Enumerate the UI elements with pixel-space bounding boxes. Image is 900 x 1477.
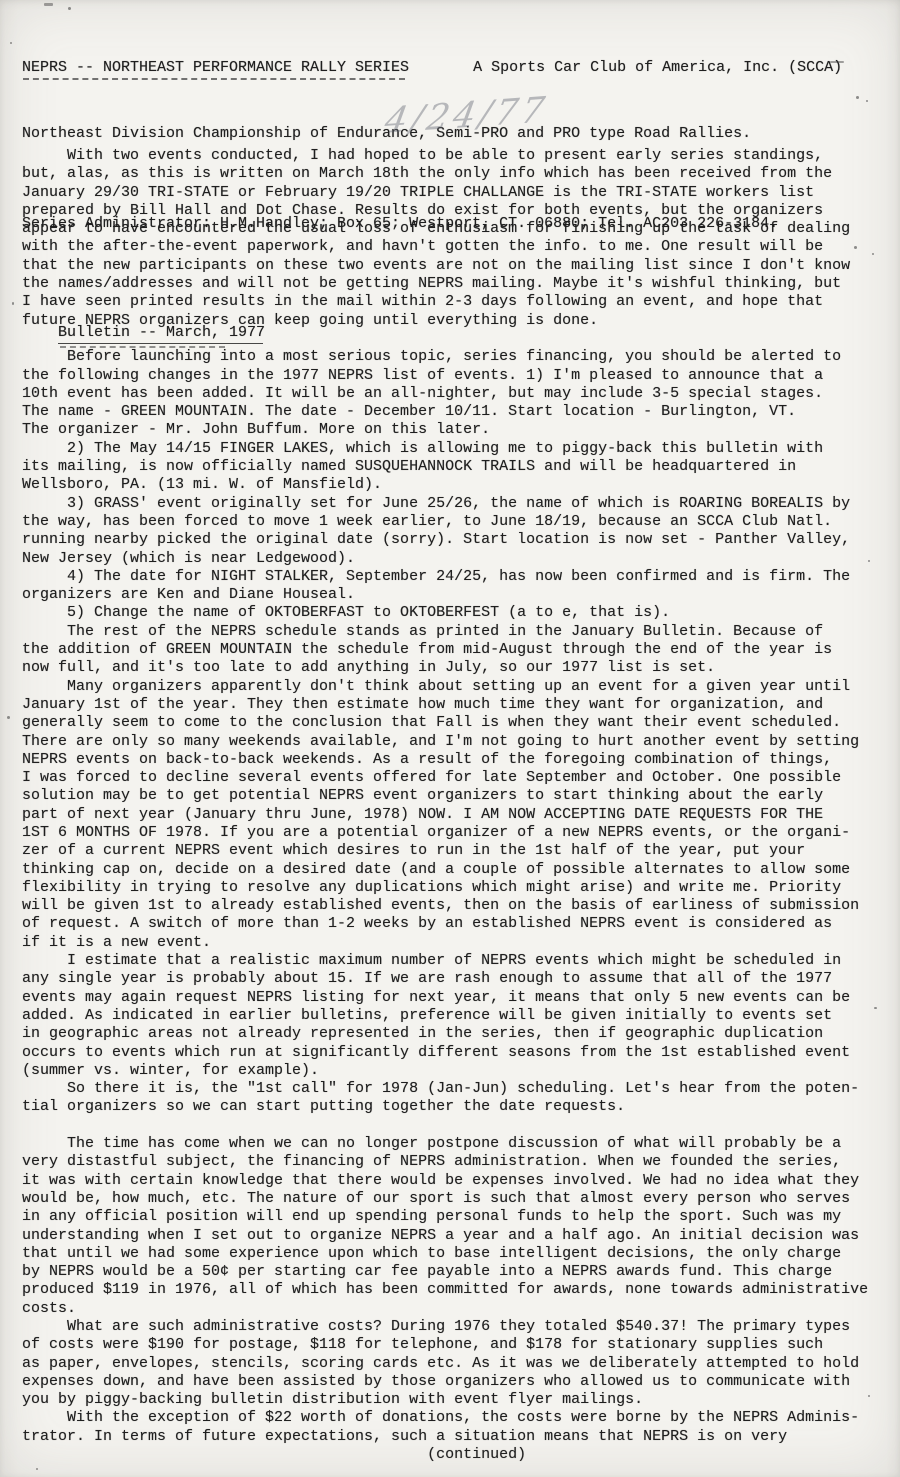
- scan-speckle: [866, 100, 868, 102]
- text-line: now full, and it's too late to add anyth…: [22, 659, 894, 677]
- title-row: NEPRS -- NORTHEAST PERFORMANCE RALLY SER…: [22, 57, 890, 79]
- scan-speckle: [68, 7, 71, 10]
- text-line: With the exception of $22 worth of donat…: [22, 1409, 894, 1427]
- text-line: Many organizers apparently don't think a…: [22, 678, 894, 696]
- text-line: any single year is probably about 15. If…: [22, 970, 894, 988]
- text-line: expenses down, and have been assisted by…: [22, 1373, 894, 1391]
- scan-speckle: [12, 302, 14, 305]
- text-line: that until we had some experience upon w…: [22, 1245, 894, 1263]
- text-line: events may again request NEPRS listing f…: [22, 989, 894, 1007]
- scan-speckle: [868, 1395, 870, 1397]
- org-title: A Sports Car Club of America, Inc. (SCCA…: [473, 57, 842, 79]
- text-line: The name - GREEN MOUNTAIN. The date - De…: [22, 403, 894, 421]
- text-line: There are only so many weekends availabl…: [22, 733, 894, 751]
- text-line: prepared by Bill Hall and Dot Chase. Res…: [22, 202, 894, 220]
- text-line: by NEPRS would be a 50¢ per starting car…: [22, 1263, 894, 1281]
- text-line: tial organizers so we can start putting …: [22, 1098, 894, 1116]
- text-line: trator. In terms of future expectations,…: [22, 1428, 894, 1446]
- text-line: will be given 1st to already established…: [22, 897, 894, 915]
- scan-speckle: [36, 1468, 38, 1470]
- text-line: costs.: [22, 1300, 894, 1318]
- scan-speckle: [854, 246, 857, 249]
- text-line: generally seem to come to the conclusion…: [22, 714, 894, 732]
- text-line: January 29/30 TRI-STATE or February 19/2…: [22, 184, 894, 202]
- text-line: I was forced to decline several events o…: [22, 769, 894, 787]
- text-line: appear to have encountered the usual los…: [22, 220, 894, 238]
- text-line: in any official position will end up spe…: [22, 1208, 894, 1226]
- text-line: The organizer - Mr. John Buffum. More on…: [22, 421, 894, 439]
- text-line: The rest of the NEPRS schedule stands as…: [22, 623, 894, 641]
- text-line: (summer vs. winter, for example).: [22, 1062, 894, 1080]
- text-line: if it is a new event.: [22, 934, 894, 952]
- text-line: added. As indicated in earlier bulletins…: [22, 1007, 894, 1025]
- text-line: of request. A switch of more than 1-2 we…: [22, 915, 894, 933]
- text-line: produced $119 in 1976, all of which has …: [22, 1281, 894, 1299]
- text-line: 5) Change the name of OKTOBERFAST to OKT…: [22, 604, 894, 622]
- text-line: organizers are Ken and Diane Houseal.: [22, 586, 894, 604]
- text-line: the following changes in the 1977 NEPRS …: [22, 367, 894, 385]
- text-line: January 1st of the year. They then estim…: [22, 696, 894, 714]
- text-line: [22, 330, 894, 348]
- text-line: I have seen printed results in the mail …: [22, 293, 894, 311]
- text-line: very distastful subject, the financing o…: [22, 1153, 894, 1171]
- text-line: flexibility in trying to resolve any dup…: [22, 879, 894, 897]
- text-line: Wellsboro, PA. (13 mi. W. of Mansfield).: [22, 476, 894, 494]
- text-line: What are such administrative costs? Duri…: [22, 1318, 894, 1336]
- text-line: with the after-the-event paperwork, and …: [22, 238, 894, 256]
- text-line: in geographic areas not already represen…: [22, 1025, 894, 1043]
- text-line: NEPRS events on back-to-back weekends. A…: [22, 751, 894, 769]
- scan-speckle: [830, 61, 844, 63]
- text-line: The time has come when we can no longer …: [22, 1135, 894, 1153]
- series-title: NEPRS -- NORTHEAST PERFORMANCE RALLY SER…: [22, 57, 409, 79]
- text-line: I estimate that a realistic maximum numb…: [22, 952, 894, 970]
- text-line: solution may be to get potential NEPRS e…: [22, 787, 894, 805]
- text-line: zer of a current NEPRS event which desir…: [22, 842, 894, 860]
- text-line: would be, how much, etc. The nature of o…: [22, 1190, 894, 1208]
- text-line: thinking cap on, decide on a desired dat…: [22, 861, 894, 879]
- scan-speckle: [7, 716, 10, 719]
- text-line: the way, has been forced to move 1 week …: [22, 513, 894, 531]
- text-line: 2) The May 14/15 FINGER LAKES, which is …: [22, 440, 894, 458]
- text-line: 4) The date for NIGHT STALKER, September…: [22, 568, 894, 586]
- text-line: but, alas, as this is written on March 1…: [22, 165, 894, 183]
- text-line: [22, 1117, 894, 1135]
- scan-speckle: [856, 96, 859, 99]
- text-line: 3) GRASS' event originally set for June …: [22, 495, 894, 513]
- text-line: Before launching into a most serious top…: [22, 348, 894, 366]
- scan-speckle: [44, 3, 53, 6]
- text-line: (continued): [22, 1446, 894, 1464]
- text-line: of costs were $190 for postage, $118 for…: [22, 1336, 894, 1354]
- text-line: New Jersey (which is near Ledgewood).: [22, 550, 894, 568]
- text-line: occurs to events which run at significan…: [22, 1044, 894, 1062]
- scan-speckle: [10, 42, 12, 44]
- text-line: part of next year (January thru June, 19…: [22, 806, 894, 824]
- text-line: you by piggy-backing bulletin distributi…: [22, 1391, 894, 1409]
- text-line: So there it is, the "1st call" for 1978 …: [22, 1080, 894, 1098]
- text-line: the names/addresses and will not be gett…: [22, 275, 894, 293]
- text-line: the addition of GREEN MOUNTAIN the sched…: [22, 641, 894, 659]
- document-page: { "header": { "series_title": "NEPRS -- …: [0, 0, 900, 1477]
- text-line: 1ST 6 MONTHS OF 1978. If you are a poten…: [22, 824, 894, 842]
- document-body: With two events conducted, I had hoped t…: [22, 147, 894, 1464]
- text-line: running nearby picked the original date …: [22, 531, 894, 549]
- scan-speckle: [868, 560, 870, 562]
- text-line: understanding when I set out to organize…: [22, 1227, 894, 1245]
- text-line: With two events conducted, I had hoped t…: [22, 147, 894, 165]
- scan-speckle: [874, 1007, 877, 1009]
- text-line: 10th event has been added. It will be an…: [22, 385, 894, 403]
- scan-speckle: [872, 253, 874, 255]
- text-line: that the new participants on these two e…: [22, 257, 894, 275]
- text-line: future NEPRS organizers can keep going u…: [22, 312, 894, 330]
- text-line: as paper, envelopes, stencils, scoring c…: [22, 1355, 894, 1373]
- text-line: it was with certain knowledge that there…: [22, 1172, 894, 1190]
- text-line: its mailing, is now officially named SUS…: [22, 458, 894, 476]
